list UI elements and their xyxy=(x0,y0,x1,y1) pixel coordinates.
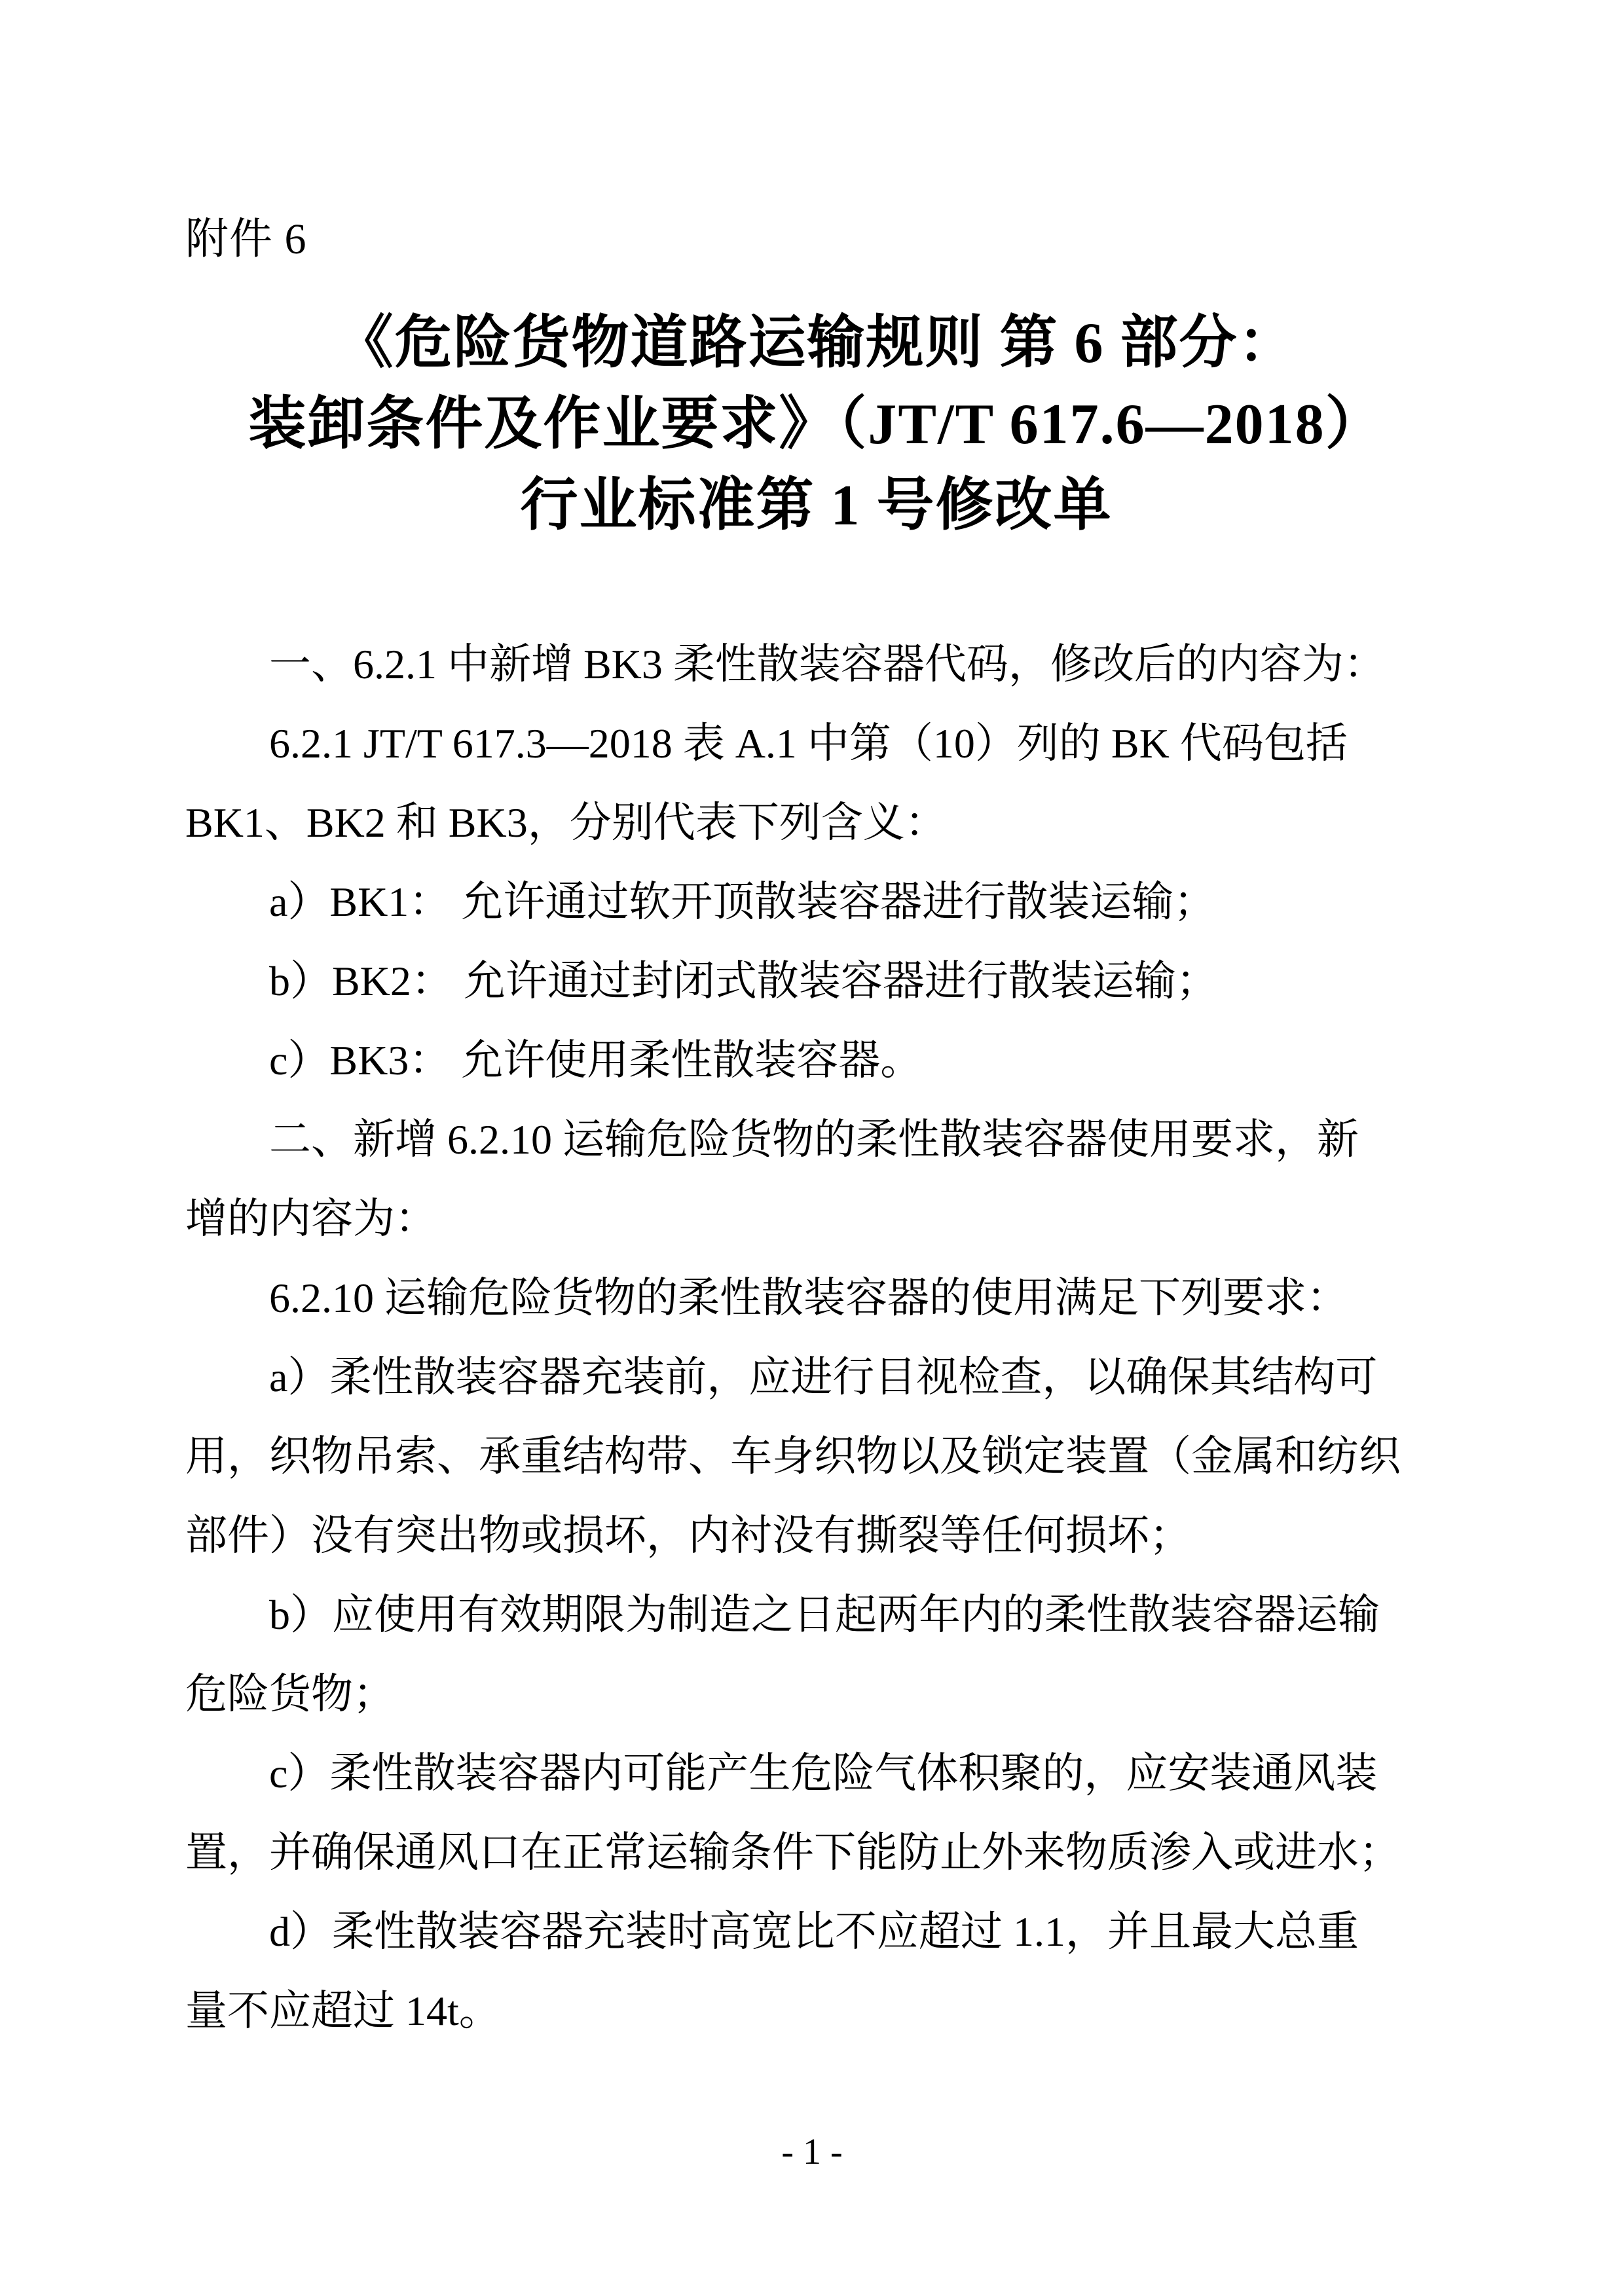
body-line: 6.2.10 运输危险货物的柔性散装容器的使用满足下列要求： xyxy=(185,1258,1447,1338)
body-line: b）应使用有效期限为制造之日起两年内的柔性散装容器运输 xyxy=(185,1575,1447,1654)
page-number: - 1 - xyxy=(0,2131,1624,2173)
body-line: a）柔性散装容器充装前，应进行目视检查，以确保其结构可 xyxy=(185,1338,1447,1417)
body-line: d）柔性散装容器充装时高宽比不应超过 1.1，并且最大总重 xyxy=(185,1892,1447,1971)
document-body: 一、6.2.1 中新增 BK3 柔性散装容器代码，修改后的内容为： 6.2.1 … xyxy=(185,625,1447,2050)
body-line: 量不应超过 14t。 xyxy=(185,1971,1447,2050)
body-line: 一、6.2.1 中新增 BK3 柔性散装容器代码，修改后的内容为： xyxy=(185,625,1447,704)
body-line: 用，织物吊索、承重结构带、车身织物以及锁定装置（金属和纺织 xyxy=(185,1417,1447,1496)
body-line: c）柔性散装容器内可能产生危险气体积聚的，应安装通风装 xyxy=(185,1734,1447,1813)
body-line: b）BK2： 允许通过封闭式散装容器进行散装运输； xyxy=(185,941,1447,1021)
body-line: 置，并确保通风口在正常运输条件下能防止外来物质渗入或进水； xyxy=(185,1813,1447,1892)
title-line-3: 行业标准第 1 号修改单 xyxy=(185,465,1447,547)
body-line: 二、新增 6.2.10 运输危险货物的柔性散装容器使用要求，新 xyxy=(185,1100,1447,1179)
body-line: c）BK3： 允许使用柔性散装容器。 xyxy=(185,1021,1447,1100)
document-page: 附件 6 《危险货物道路运输规则 第 6 部分： 装卸条件及作业要求》（JT/T… xyxy=(0,0,1624,2296)
body-line: 部件）没有突出物或损坏，内衬没有撕裂等任何损坏； xyxy=(185,1496,1447,1575)
body-line: 6.2.1 JT/T 617.3—2018 表 A.1 中第（10）列的 BK … xyxy=(185,704,1447,783)
title-line-2: 装卸条件及作业要求》（JT/T 617.6—2018） xyxy=(185,384,1447,465)
body-line: 增的内容为： xyxy=(185,1179,1447,1258)
body-line: a）BK1： 允许通过软开顶散装容器进行散装运输； xyxy=(185,862,1447,941)
content-area: 附件 6 《危险货物道路运输规则 第 6 部分： 装卸条件及作业要求》（JT/T… xyxy=(185,0,1447,2050)
attachment-label: 附件 6 xyxy=(185,216,1447,263)
document-title: 《危险货物道路运输规则 第 6 部分： 装卸条件及作业要求》（JT/T 617.… xyxy=(185,303,1447,547)
body-line: 危险货物； xyxy=(185,1654,1447,1734)
title-line-1: 《危险货物道路运输规则 第 6 部分： xyxy=(185,303,1447,384)
body-line: BK1、BK2 和 BK3，分别代表下列含义： xyxy=(185,783,1447,862)
